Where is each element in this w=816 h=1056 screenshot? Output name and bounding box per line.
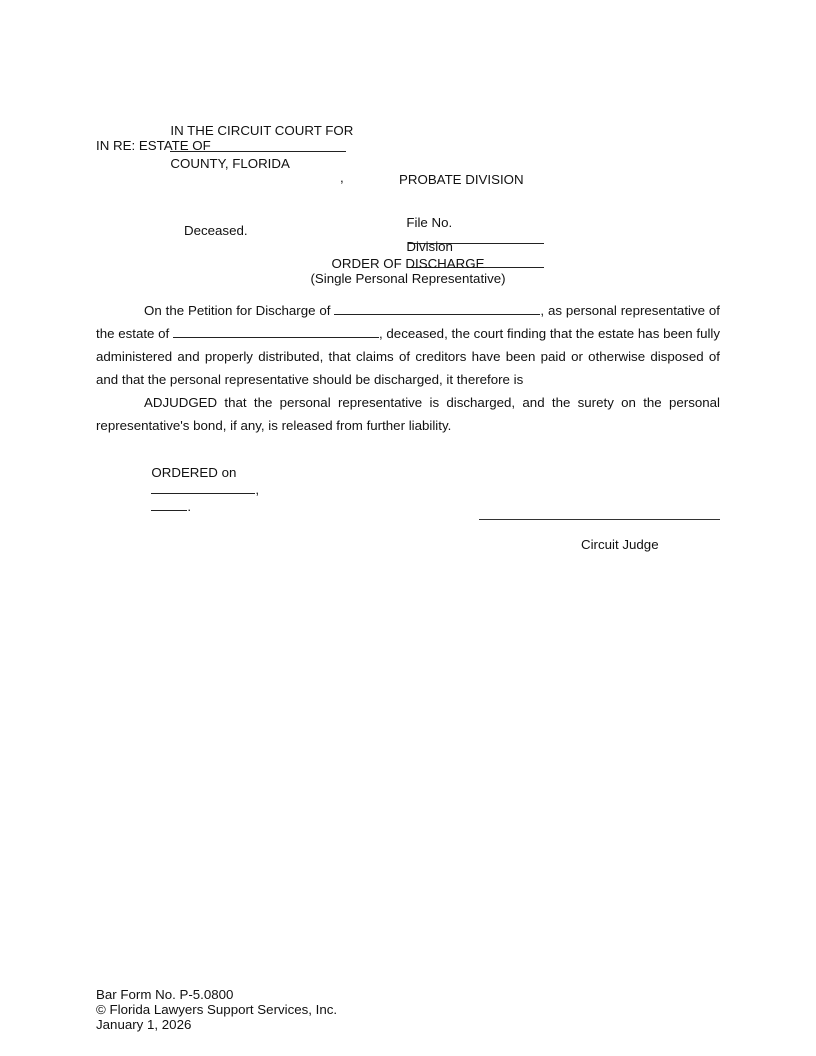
document-subtitle: (Single Personal Representative) xyxy=(0,271,816,287)
adjudged-paragraph: ADJUDGED that the personal representativ… xyxy=(96,391,720,437)
ordered-year-blank-field[interactable] xyxy=(151,498,187,511)
footer-date: January 1, 2026 xyxy=(96,1017,191,1033)
court-prefix: IN THE CIRCUIT COURT FOR xyxy=(170,123,353,138)
court-suffix: COUNTY, FLORIDA xyxy=(170,156,289,171)
probate-division-label: PROBATE DIVISION xyxy=(399,172,524,188)
judge-signature-line[interactable] xyxy=(479,519,720,520)
ordered-period: . xyxy=(187,499,191,514)
caption-comma: , xyxy=(340,170,344,186)
decedent-blank-field[interactable] xyxy=(173,325,379,338)
ordered-prefix: ORDERED on xyxy=(151,465,236,480)
circuit-judge-label: Circuit Judge xyxy=(581,537,659,553)
document-title: ORDER OF DISCHARGE xyxy=(0,256,816,272)
footer-copyright: © Florida Lawyers Support Services, Inc. xyxy=(96,1002,337,1018)
ordered-comma: , xyxy=(255,482,259,497)
in-re-label: IN RE: ESTATE OF xyxy=(96,138,211,154)
deceased-label: Deceased. xyxy=(184,223,248,239)
personal-representative-blank-field[interactable] xyxy=(334,302,540,315)
division-label: Division xyxy=(406,239,453,254)
petition-paragraph: On the Petition for Discharge of , as pe… xyxy=(96,299,720,391)
ordered-date-blank-field[interactable] xyxy=(151,481,255,494)
ordered-line: ORDERED on , . xyxy=(144,449,259,515)
petition-text-a: On the Petition for Discharge of xyxy=(144,303,330,318)
footer-form-number: Bar Form No. P-5.0800 xyxy=(96,987,233,1003)
